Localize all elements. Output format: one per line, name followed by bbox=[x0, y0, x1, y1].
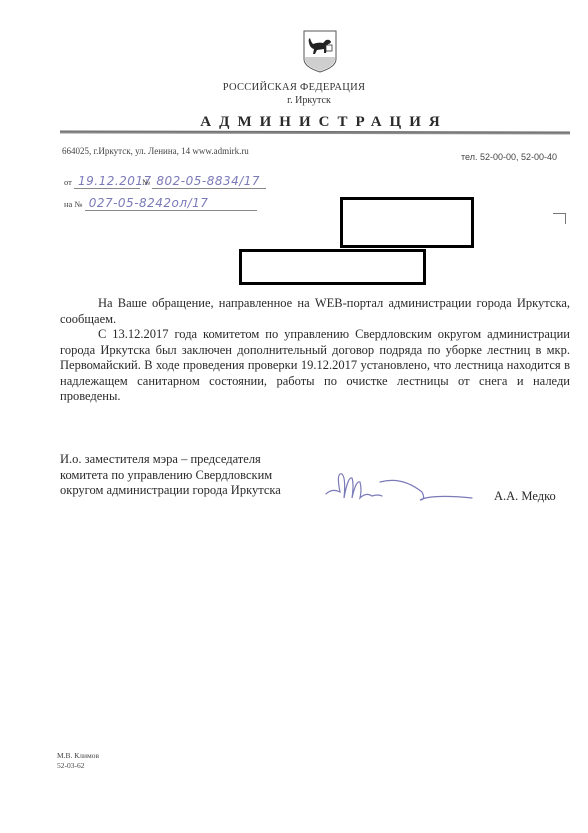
redacted-recipient-block bbox=[340, 197, 474, 248]
executor-name: М.В. Климов bbox=[57, 751, 99, 761]
incoming-number: 027-05-8242ол/17 bbox=[85, 196, 257, 211]
handwritten-signature-icon bbox=[322, 470, 477, 510]
incoming-reference: на № 027-05-8242ол/17 bbox=[64, 196, 257, 211]
outgoing-reference: от 19.12.2017 № 802-05-8834/17 bbox=[64, 174, 266, 189]
number-label: № bbox=[142, 177, 150, 187]
position-line-1: И.о. заместителя мэра – председателя bbox=[60, 452, 281, 468]
reply-label: на № bbox=[64, 199, 83, 209]
signatory-name: А.А. Медко bbox=[494, 489, 556, 504]
redacted-recipient-name bbox=[239, 249, 426, 285]
letter-body: На Ваше обращение, направленное на WEB-п… bbox=[60, 296, 570, 405]
header-divider bbox=[60, 130, 570, 134]
outgoing-number: 802-05-8834/17 bbox=[152, 174, 266, 189]
city-name: г. Иркутск bbox=[0, 95, 588, 106]
position-line-3: округом администрации города Иркутска bbox=[60, 483, 281, 499]
organization-title: АДМИНИСТРАЦИЯ bbox=[0, 114, 588, 131]
from-label: от bbox=[64, 177, 72, 187]
country-name: РОССИЙСКАЯ ФЕДЕРАЦИЯ bbox=[0, 82, 588, 93]
address-corner-mark bbox=[553, 213, 566, 224]
signatory-position: И.о. заместителя мэра – председателя ком… bbox=[60, 452, 281, 499]
executor-phone: 52-03-62 bbox=[57, 761, 99, 771]
phone-line: тел. 52-00-00, 52-00-40 bbox=[461, 152, 557, 162]
position-line-2: комитета по управлению Свердловским bbox=[60, 468, 281, 484]
paragraph-main: С 13.12.2017 года комитетом по управлени… bbox=[60, 327, 570, 405]
executor-info: М.В. Климов 52-03-62 bbox=[57, 751, 99, 771]
address-line: 664025, г.Иркутск, ул. Ленина, 14 www.ad… bbox=[62, 146, 249, 156]
outgoing-date: 19.12.2017 bbox=[74, 174, 140, 189]
coat-of-arms-icon bbox=[302, 29, 338, 73]
paragraph-intro: На Ваше обращение, направленное на WEB-п… bbox=[60, 296, 570, 327]
